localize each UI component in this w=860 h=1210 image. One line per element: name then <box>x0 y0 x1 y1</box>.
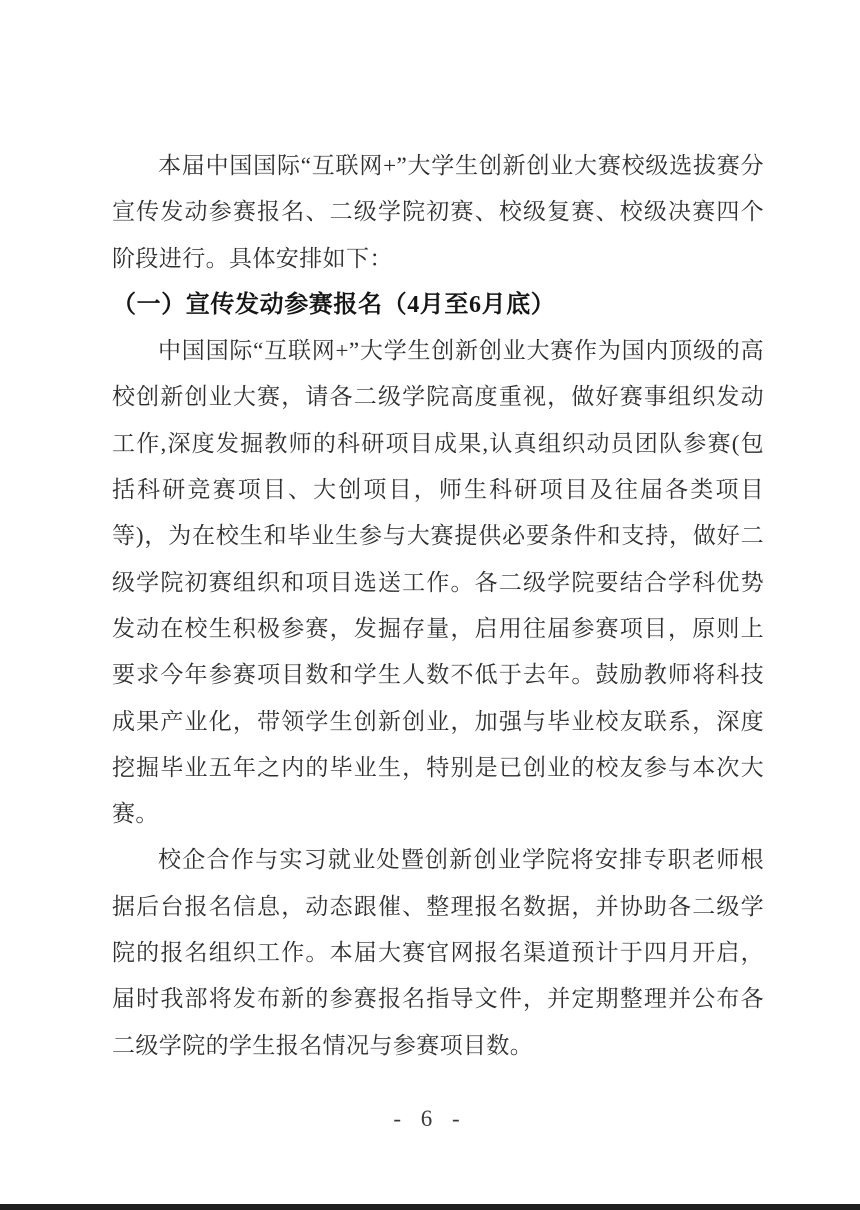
document-body: 本届中国国际“互联网+”大学生创新创业大赛校级选拔赛分宣传发动参赛报名、二级学院… <box>112 143 764 1069</box>
paragraph-mobilization: 中国国际“互联网+”大学生创新创业大赛作为国内顶级的高校创新创业大赛，请各二级学… <box>112 328 764 837</box>
page-number: - 6 - <box>0 1106 860 1132</box>
paragraph-registration-support: 校企合作与实习就业处暨创新创业学院将安排专职老师根据后台报名信息，动态跟催、整理… <box>112 837 764 1068</box>
paragraph-intro: 本届中国国际“互联网+”大学生创新创业大赛校级选拔赛分宣传发动参赛报名、二级学院… <box>112 143 764 282</box>
section-heading: （一）宣传发动参赛报名（4月至6月底） <box>112 282 764 328</box>
scan-bottom-edge <box>0 1204 860 1210</box>
document-page: 本届中国国际“互联网+”大学生创新创业大赛校级选拔赛分宣传发动参赛报名、二级学院… <box>0 0 860 1210</box>
